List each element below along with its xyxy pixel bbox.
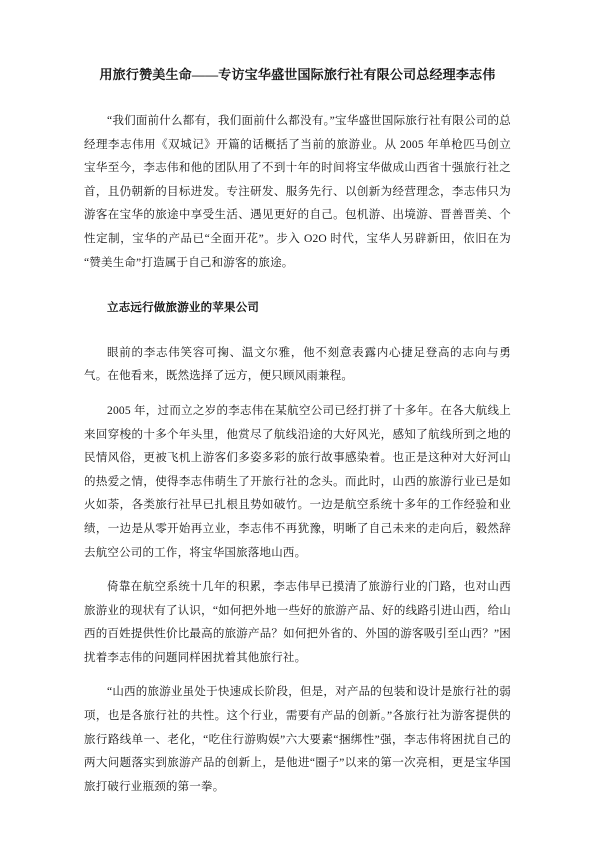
paragraph: 2005 年，过而立之岁的李志伟在某航空公司已经打拼了十多年。在各大航线上来回穿…	[84, 400, 511, 565]
section-heading: 立志远行做旅游业的苹果公司	[84, 297, 511, 321]
article-title: 用旅行赞美生命——专访宝华盛世国际旅行社有限公司总经理李志伟	[84, 66, 511, 84]
paragraph: 倚靠在航空系统十几年的积累，李志伟早已摸清了旅游行业的门路，也对山西旅游业的现状…	[84, 576, 511, 670]
paragraph: 眼前的李志伟笑容可掬、温文尔雅，他不刻意表露内心捷足登高的志向与勇气。在他看来，…	[84, 342, 511, 389]
paragraph-intro: “我们面前什么都有，我们面前什么都没有。”宝华盛世国际旅行社有限公司的总经理李志…	[84, 110, 511, 275]
document-page: 用旅行赞美生命——专访宝华盛世国际旅行社有限公司总经理李志伟 “我们面前什么都有…	[0, 0, 595, 842]
paragraph: “山西的旅游业虽处于快速成长阶段，但是，对产品的包装和设计是旅行社的弱项，也是各…	[84, 681, 511, 799]
